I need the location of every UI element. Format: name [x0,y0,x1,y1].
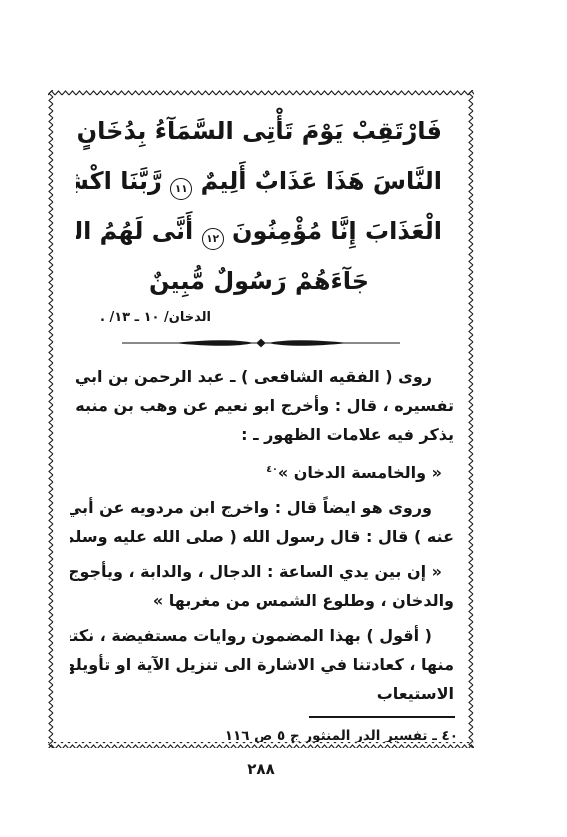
quran-text: جَآءَهُمْ رَسُولٌ مُّبِينٌ [149,267,369,295]
quran-line: فَارْتَقِبْ يَوْمَ تَأْتِى السَّمَآءُ بِ… [76,106,442,156]
quran-text: النَّاسَ هَذَا عَذَابٌ أَلِيمٌ [201,167,442,195]
frame-content: فَارْتَقِبْ يَوْمَ تَأْتِى السَّمَآءُ بِ… [54,96,468,742]
section-divider [54,336,468,350]
verse-number-badge: ١١ [170,178,192,200]
paragraph: وروى هو ايضاً قال : واخرج ابن مردويه عن … [70,493,454,551]
quran-verse-block: فَارْتَقِبْ يَوْمَ تَأْتِى السَّمَآءُ بِ… [54,106,468,306]
text-line: ( أقول ) بهذا المضمون روايات مستفيضة ، ن… [70,621,454,650]
text-line: يذكر فيه علامات الظهور ـ : [70,420,454,449]
quran-text: فَارْتَقِبْ يَوْمَ تَأْتِى السَّمَآءُ بِ… [76,117,442,145]
body-text: روى ( الفقيه الشافعى ) ـ عبد الرحمن بن ا… [54,362,468,708]
page-number: ٢٨٨ [48,760,474,778]
verse-citation: الدخان/ ١٠ ـ ١٣/ . [54,308,468,327]
page-frame: فَارْتَقِبْ يَوْمَ تَأْتِى السَّمَآءُ بِ… [48,90,474,748]
text-line: « إن بين يدي الساعة : الدجال ، والدابة ،… [70,557,454,586]
verse-number-badge: ١٢ [202,228,224,250]
hadith-quote: « والخامسة الدخان »٤٠ [70,455,454,487]
quran-line: النَّاسَ هَذَا عَذَابٌ أَلِيمٌ ١١ رَّبَّ… [76,156,442,206]
text-line: روى ( الفقيه الشافعى ) ـ عبد الرحمن بن ا… [70,362,454,391]
verse-number: ١٢ [206,234,219,245]
text-line: وروى هو ايضاً قال : واخرج ابن مردويه عن … [70,493,454,522]
footnote-rule [309,716,455,718]
quran-line: الْعَذَابَ إِنَّا مُؤْمِنُونَ ١٢ أَنَّى … [76,206,442,256]
text-line: منها ، كعادتنا في الاشارة الى تنزيل الآي… [70,650,454,679]
text-line: « والخامسة الدخان »٤٠ [70,455,454,487]
quran-text: أَنَّى لَهُمُ الذِّكْرَى وَقَدْ [76,217,193,245]
text-line: الاستيعاب [70,679,454,708]
paragraph: روى ( الفقيه الشافعى ) ـ عبد الرحمن بن ا… [70,362,454,449]
hadith-quote: « إن بين يدي الساعة : الدجال ، والدابة ،… [70,557,454,615]
paragraph: ( أقول ) بهذا المضمون روايات مستفيضة ، ن… [70,621,454,708]
verse-number: ١١ [175,184,188,195]
quran-line: جَآءَهُمْ رَسُولٌ مُّبِينٌ [76,256,442,306]
text-line: عنه ) قال : قال رسول الله ( صلى الله علي… [70,522,454,551]
quote-text: « والخامسة الدخان » [278,463,442,482]
text-line: تفسيره ، قال : وأخرج ابو نعيم عن وهب بن … [70,391,454,420]
text-line: والدخان ، وطلوع الشمس من مغربها » [70,586,454,615]
quran-text: الْعَذَابَ إِنَّا مُؤْمِنُونَ [232,217,442,245]
quran-text: رَّبَّنَا اكْشِفْ عَنَّا [76,167,162,195]
footnote-marker: ٤٠ [266,464,278,475]
ornament-divider-icon [121,336,401,350]
footnote: ٤٠ ـ تفسير الدر المنثور ج ٥ ص ١١٦ [54,725,468,742]
